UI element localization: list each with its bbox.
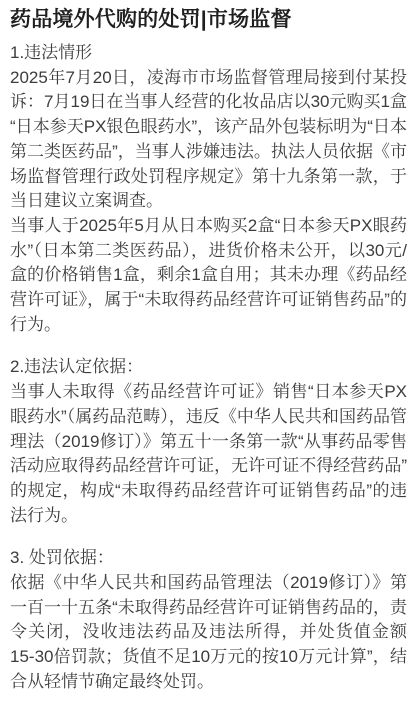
- article: 药品境外代购的处罚|市场监督 1.违法情形 2025年7月20日，凌海市市场监督…: [0, 0, 417, 705]
- section-determination-basis-heading: 2.违法认定依据：: [10, 355, 407, 380]
- article-title: 药品境外代购的处罚|市场监督: [10, 5, 407, 34]
- section-penalty-basis: 3. 处罚依据： 依据《中华人民共和国药品管理法（2019修订）》第一百一十五条…: [10, 546, 407, 694]
- section-determination-basis-body: 当事人未取得《药品经营许可证》销售“日本参天PX眼药水”（属药品范畴），违反《中…: [10, 380, 407, 528]
- section-penalty-basis-heading: 3. 处罚依据：: [10, 546, 407, 571]
- section-violation-facts-heading: 1.违法情形: [10, 41, 407, 66]
- section-determination-basis: 2.违法认定依据： 当事人未取得《药品经营许可证》销售“日本参天PX眼药水”（属…: [10, 355, 407, 528]
- section-penalty-basis-body: 依据《中华人民共和国药品管理法（2019修订）》第一百一十五条“未取得药品经营许…: [10, 571, 407, 695]
- section-violation-facts: 1.违法情形 2025年7月20日，凌海市市场监督管理局接到付某投诉：7月19日…: [10, 41, 407, 337]
- section-violation-facts-body: 2025年7月20日，凌海市市场监督管理局接到付某投诉：7月19日在当事人经营的…: [10, 66, 407, 338]
